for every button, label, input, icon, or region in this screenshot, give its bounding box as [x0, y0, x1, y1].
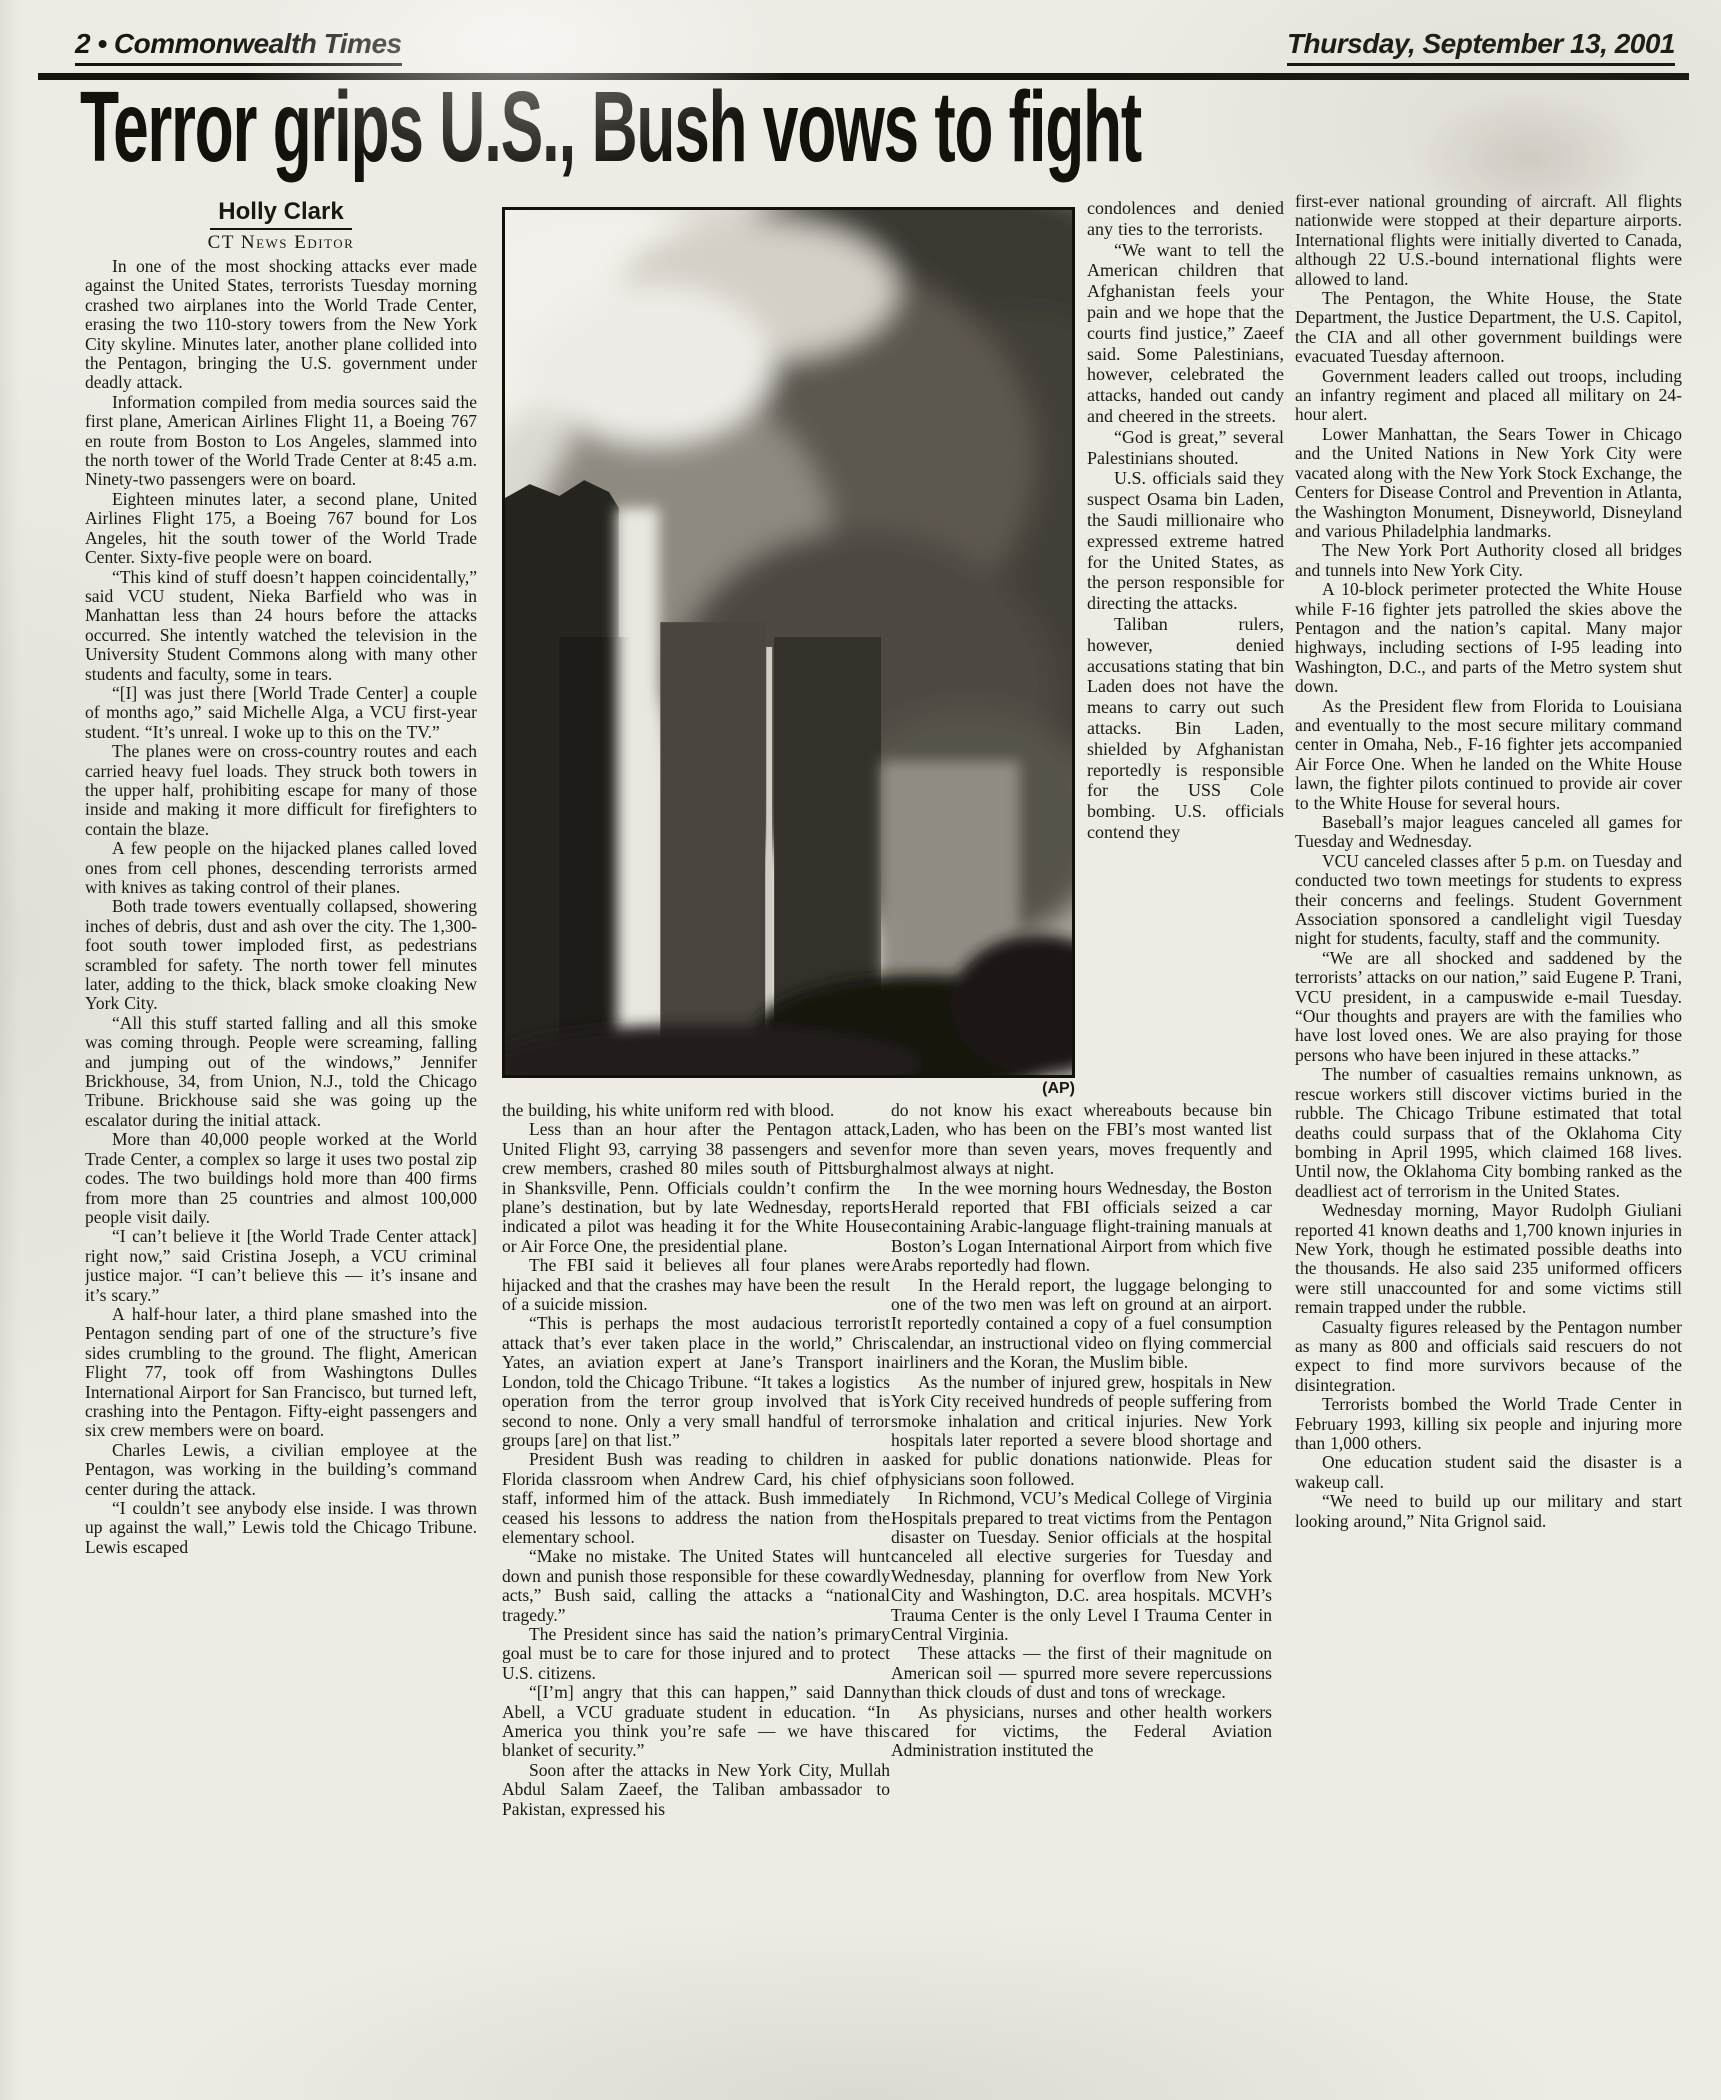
masthead-date: Thursday, September 13, 2001	[1287, 28, 1675, 66]
article-column-3-below-photo: do not know his exact whereabouts becaus…	[891, 1101, 1272, 2036]
masthead-page-label: 2 • Commonwealth Times	[75, 28, 402, 66]
paragraph: “We are all shocked and saddened by the …	[1295, 949, 1682, 1065]
paragraph: Terrorists bombed the World Trade Center…	[1295, 1395, 1682, 1453]
paragraph: More than 40,000 people worked at the Wo…	[85, 1130, 477, 1227]
paragraph: “I couldn’t see anybody else inside. I w…	[85, 1499, 477, 1557]
paragraph: As physicians, nurses and other health w…	[891, 1703, 1272, 1761]
paragraph: U.S. officials said they suspect Osama b…	[1087, 468, 1284, 614]
paragraph: “[I] was just there [World Trade Center]…	[85, 684, 477, 742]
paragraph: The New York Port Authority closed all b…	[1295, 541, 1682, 580]
scan-smudge	[1400, 85, 1660, 235]
paragraph: The planes were on cross-country routes …	[85, 742, 477, 839]
paragraph: These attacks — the first of their magni…	[891, 1644, 1272, 1702]
paragraph: In Richmond, VCU’s Medical College of Vi…	[891, 1489, 1272, 1644]
paragraph: “God is great,” several Palestinians sho…	[1087, 427, 1284, 469]
headline: Terror grips U.S., Bush vows to fight	[80, 70, 1141, 185]
paragraph: “Make no mistake. The United States will…	[502, 1547, 890, 1625]
article-column-1: In one of the most shocking attacks ever…	[85, 257, 477, 1962]
paragraph: In one of the most shocking attacks ever…	[85, 257, 477, 393]
paragraph: As the President flew from Florida to Lo…	[1295, 697, 1682, 813]
paragraph: A 10-block perimeter protected the White…	[1295, 580, 1682, 696]
byline: Holly Clark CT News Editor	[85, 198, 477, 254]
paragraph: “All this stuff started falling and all …	[85, 1014, 477, 1130]
paragraph: One education student said the disaster …	[1295, 1453, 1682, 1492]
paragraph: “We need to build up our military and st…	[1295, 1492, 1682, 1531]
news-photo-wtc-smoke	[502, 207, 1075, 1078]
paragraph: The FBI said it believes all four planes…	[502, 1256, 890, 1314]
article-column-3-beside-photo: condolences and denied any ties to the t…	[1087, 198, 1284, 1100]
paragraph: The President since has said the nation’…	[502, 1625, 890, 1683]
paragraph: Lower Manhattan, the Sears Tower in Chic…	[1295, 425, 1682, 541]
paragraph: Both trade towers eventually collapsed, …	[85, 897, 477, 1013]
paragraph: do not know his exact whereabouts becaus…	[891, 1101, 1272, 1179]
paragraph: condolences and denied any ties to the t…	[1087, 198, 1284, 240]
paragraph: Eighteen minutes later, a second plane, …	[85, 490, 477, 568]
paragraph: the building, his white uniform red with…	[502, 1101, 890, 1120]
paragraph: Soon after the attacks in New York City,…	[502, 1761, 890, 1819]
paragraph: A few people on the hijacked planes call…	[85, 839, 477, 897]
paragraph: “I can’t believe it [the World Trade Cen…	[85, 1227, 477, 1305]
paragraph: Baseball’s major leagues canceled all ga…	[1295, 813, 1682, 852]
byline-author: Holly Clark	[210, 198, 351, 230]
paragraph: “This is perhaps the most audacious terr…	[502, 1314, 890, 1450]
wtc-smoke-illustration	[505, 210, 1072, 1075]
paragraph: In the Herald report, the luggage belong…	[891, 1276, 1272, 1373]
paragraph: “[I’m] angry that this can happen,” said…	[502, 1683, 890, 1761]
paragraph: “We want to tell the American children t…	[1087, 240, 1284, 427]
paragraph: President Bush was reading to children i…	[502, 1450, 890, 1547]
paragraph: A half-hour later, a third plane smashed…	[85, 1305, 477, 1441]
article-column-4: first-ever national grounding of aircraf…	[1295, 192, 1682, 2037]
paragraph: Information compiled from media sources …	[85, 393, 477, 490]
paragraph: Government leaders called out troops, in…	[1295, 367, 1682, 425]
paragraph: The number of casualties remains unknown…	[1295, 1065, 1682, 1201]
paragraph: The Pentagon, the White House, the State…	[1295, 289, 1682, 367]
photo-credit: (AP)	[502, 1080, 1075, 1098]
paragraph: Casualty figures released by the Pentago…	[1295, 1318, 1682, 1396]
paragraph: “This kind of stuff doesn’t happen coinc…	[85, 568, 477, 684]
paragraph: Wednesday morning, Mayor Rudolph Giulian…	[1295, 1201, 1682, 1317]
paragraph: VCU canceled classes after 5 p.m. on Tue…	[1295, 852, 1682, 949]
newspaper-page: 2 • Commonwealth Times Thursday, Septemb…	[0, 0, 1721, 2100]
paragraph: Charles Lewis, a civilian employee at th…	[85, 1441, 477, 1499]
article-column-2: the building, his white uniform red with…	[502, 1101, 890, 2036]
paragraph: As the number of injured grew, hospitals…	[891, 1373, 1272, 1489]
byline-title: CT News Editor	[85, 232, 477, 254]
paragraph: Less than an hour after the Pentagon att…	[502, 1120, 890, 1256]
paragraph: In the wee morning hours Wednesday, the …	[891, 1179, 1272, 1276]
paragraph: Taliban rulers, however, denied accusati…	[1087, 614, 1284, 843]
